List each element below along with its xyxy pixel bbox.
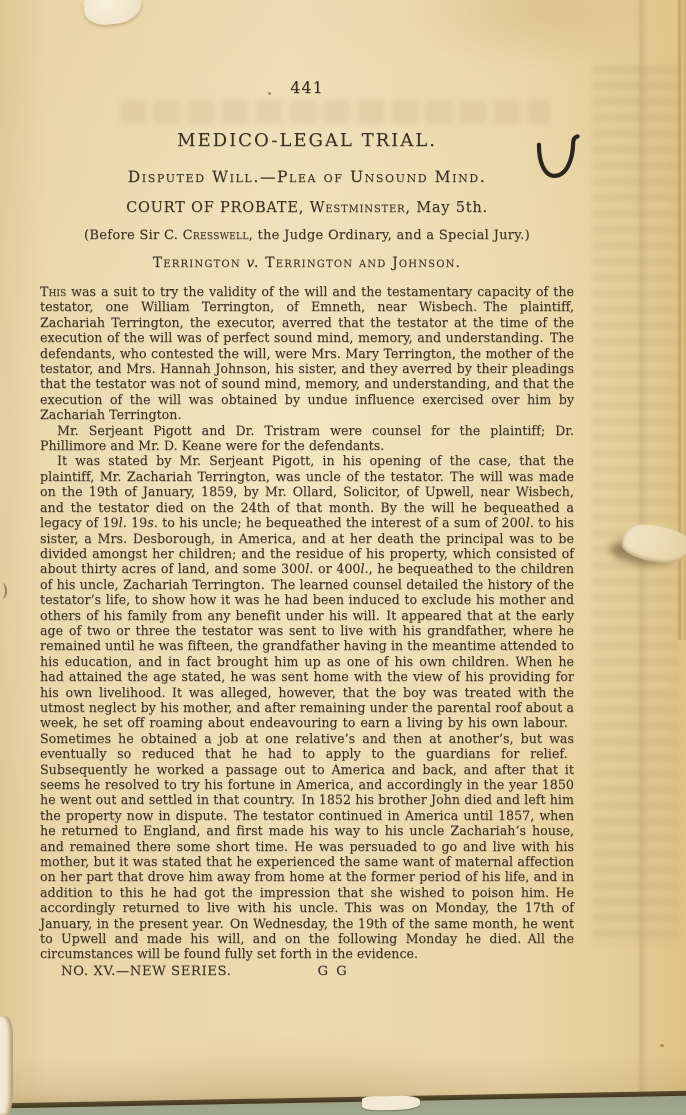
text-run: s.: [147, 515, 158, 530]
text-run: This: [40, 284, 66, 299]
text-run: l.: [119, 515, 127, 530]
article-subtitle: Disputed Will.—Plea of Unsound Mind.: [40, 168, 574, 186]
paragraph: Mr. Serjeant Pigott and Dr. Tristram wer…: [40, 423, 574, 454]
issue-number: NO. XV.—NEW SERIES.: [61, 964, 231, 979]
text-run: Mr. Serjeant Pigott and Dr. Tristram wer…: [40, 423, 574, 453]
text-run: Disputed Will.—Plea of Unsound Mind.: [128, 168, 487, 186]
text-run: 19: [127, 515, 147, 530]
text-run: May 5th.: [411, 200, 488, 216]
ink-checkmark-annotation: [526, 128, 588, 190]
text-run: the Judge Ordinary, and a Special Jury.): [253, 228, 530, 243]
text-run: MEDICO-LEGAL TRIAL.: [177, 130, 437, 151]
paper-speck: [57, 306, 59, 309]
text-run: or 400: [313, 561, 360, 576]
paper-sliver-bottom: [362, 1095, 420, 1110]
case-title: Terrington v. Terrington and Johnson.: [40, 255, 574, 271]
text-run: Terrington and Johnson.: [260, 255, 462, 271]
judge-jury-line: (Before Sir C. Cresswell, the Judge Ordi…: [40, 228, 574, 243]
text-run: l.: [526, 515, 534, 530]
paragraph: It was stated by Mr. Serjeant Pigott, in…: [40, 453, 574, 961]
text-run: was a suit to try the validity of the wi…: [40, 284, 574, 422]
page-number: 441: [40, 78, 574, 97]
text-run: COURT OF PROBATE,: [126, 200, 309, 216]
paragraph: This was a suit to try the validity of t…: [40, 284, 574, 423]
text-run: Terrington: [153, 255, 247, 271]
text-run: , he bequeathed to the children of his u…: [40, 561, 574, 961]
text-run: v.: [246, 255, 259, 271]
article-body: This was a suit to try the validity of t…: [40, 284, 574, 962]
scanned-document-page: 441 MEDICO-LEGAL TRIAL. Disputed Will.—P…: [0, 0, 686, 1115]
court-dateline: COURT OF PROBATE, Westminster, May 5th.: [40, 200, 574, 216]
paper-speck: [660, 1044, 664, 1047]
text-run: l.: [360, 561, 368, 576]
page-footer: NO. XV.—NEW SERIES. G G: [40, 964, 574, 979]
printed-content: 441 MEDICO-LEGAL TRIAL. Disputed Will.—P…: [40, 0, 574, 979]
text-run: (Before Sir C.: [84, 228, 183, 243]
text-run: Westminster,: [310, 200, 411, 216]
showthrough-text-right-margin: [592, 66, 680, 946]
left-edge-tear: [0, 1016, 13, 1115]
printer-signature: G G: [317, 964, 348, 979]
text-run: to his uncle; he bequeathed the interest…: [158, 515, 526, 530]
text-run: Cresswell,: [183, 228, 253, 243]
ink-speck: [268, 92, 271, 95]
article-title: MEDICO-LEGAL TRIAL.: [40, 130, 574, 151]
